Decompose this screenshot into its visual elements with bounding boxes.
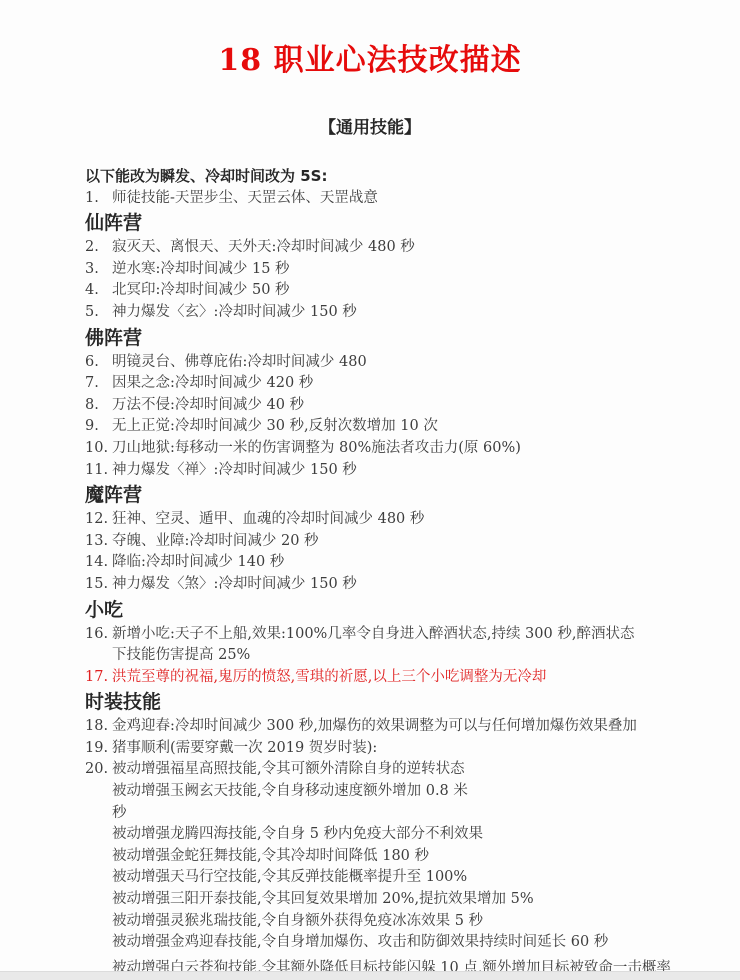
list-item-8: 8.万法不侵:冷却时间减少 40 秒 [85, 395, 690, 417]
list-item-14: 14.降临:冷却时间减少 140 秒 [85, 552, 690, 574]
item-number: 3. [85, 259, 112, 281]
list-item-9: 9.无上正觉:冷却时间减少 30 秒,反射次数增加 10 次 [85, 416, 690, 438]
item-text-line: 猪事顺利(需要穿戴一次 2019 贺岁时装): [112, 738, 690, 760]
item-text: 金鸡迎春:冷却时间减少 300 秒,加爆伤的效果调整为可以与任何增加爆伤效果叠加 [112, 716, 690, 738]
item-number: 13. [85, 531, 112, 553]
item-text: 新增小吃:天子不上船,效果:100%几率令自身进入醉酒状态,持续 300 秒,醉… [112, 624, 690, 667]
item-text: 万法不侵:冷却时间减少 40 秒 [112, 395, 690, 417]
item-number: 5. [85, 302, 112, 324]
item-text-line: 师徒技能-天罡步尘、天罡云体、天罡战意 [112, 188, 690, 210]
item-text-line: 逆水寒:冷却时间减少 15 秒 [112, 259, 690, 281]
item-text-line: 秒 [112, 803, 690, 825]
item-text-line: 洪荒至尊的祝福,鬼厉的愤怒,雪琪的祈愿,以上三个小吃调整为无冷却 [112, 667, 690, 689]
item-text: 北冥印:冷却时间减少 50 秒 [112, 280, 690, 302]
item-number: 8. [85, 395, 112, 417]
item-number: 7. [85, 373, 112, 395]
list-item-12: 12.狂神、空灵、遁甲、血魂的冷却时间减少 480 秒 [85, 509, 690, 531]
list-item-20: 20.被动增强福星高照技能,令其可额外清除自身的逆转状态被动增强玉阙玄天技能,令… [85, 759, 690, 979]
item-number: 17. [85, 667, 112, 689]
section-heading: 时装技能 [85, 689, 690, 715]
item-number: 2. [85, 237, 112, 259]
item-number: 19. [85, 738, 112, 760]
item-text: 寂灭天、离恨天、天外天:冷却时间减少 480 秒 [112, 237, 690, 259]
page-title: 18 职业心法技改描述 [0, 0, 740, 78]
item-text-line: 刀山地狱:每移动一米的伤害调整为 80%施法者攻击力(原 60%) [112, 438, 690, 460]
item-text-line: 寂灭天、离恨天、天外天:冷却时间减少 480 秒 [112, 237, 690, 259]
item-text-line: 北冥印:冷却时间减少 50 秒 [112, 280, 690, 302]
item-number: 14. [85, 552, 112, 574]
item-text-line: 被动增强金鸡迎春技能,令自身增加爆伤、攻击和防御效果持续时间延长 60 秒 [112, 932, 690, 954]
item-number: 1. [85, 188, 112, 210]
item-number: 11. [85, 460, 112, 482]
section-heading: 魔阵营 [85, 482, 690, 508]
item-text-line: 新增小吃:天子不上船,效果:100%几率令自身进入醉酒状态,持续 300 秒,醉… [112, 624, 690, 646]
item-text: 无上正觉:冷却时间减少 30 秒,反射次数增加 10 次 [112, 416, 690, 438]
item-text: 狂神、空灵、遁甲、血魂的冷却时间减少 480 秒 [112, 509, 690, 531]
item-text-line: 万法不侵:冷却时间减少 40 秒 [112, 395, 690, 417]
item-text: 因果之念:冷却时间减少 420 秒 [112, 373, 690, 395]
item-text-line: 狂神、空灵、遁甲、血魂的冷却时间减少 480 秒 [112, 509, 690, 531]
item-text-line: 被动增强龙腾四海技能,令自身 5 秒内免疫大部分不利效果 [112, 824, 690, 846]
item-text-line: 被动增强灵猴兆瑞技能,令自身额外获得免疫冰冻效果 5 秒 [112, 911, 690, 933]
list-item-17: 17.洪荒至尊的祝福,鬼厉的愤怒,雪琪的祈愿,以上三个小吃调整为无冷却 [85, 667, 690, 689]
item-number: 15. [85, 574, 112, 596]
document-content: 以下能改为瞬发、冷却时间改为 5S:1.师徒技能-天罡步尘、天罡云体、天罡战意仙… [85, 166, 690, 979]
item-number: 18. [85, 716, 112, 738]
item-number: 20. [85, 759, 112, 781]
item-text: 神力爆发〈玄〉:冷却时间减少 150 秒 [112, 302, 690, 324]
item-text: 逆水寒:冷却时间减少 15 秒 [112, 259, 690, 281]
list-item-16: 16.新增小吃:天子不上船,效果:100%几率令自身进入醉酒状态,持续 300 … [85, 624, 690, 667]
item-text-line: 因果之念:冷却时间减少 420 秒 [112, 373, 690, 395]
list-intro-line: 以下能改为瞬发、冷却时间改为 5S: [85, 166, 690, 188]
item-text-line: 下技能伤害提高 25% [112, 645, 690, 667]
item-text: 明镜灵台、佛尊庇佑:冷却时间减少 480 [112, 352, 690, 374]
item-text: 刀山地狱:每移动一米的伤害调整为 80%施法者攻击力(原 60%) [112, 438, 690, 460]
item-text-line: 无上正觉:冷却时间减少 30 秒,反射次数增加 10 次 [112, 416, 690, 438]
item-text-line: 降临:冷却时间减少 140 秒 [112, 552, 690, 574]
item-text: 师徒技能-天罡步尘、天罡云体、天罡战意 [112, 188, 690, 210]
item-text-line: 神力爆发〈煞〉:冷却时间减少 150 秒 [112, 574, 690, 596]
item-text: 降临:冷却时间减少 140 秒 [112, 552, 690, 574]
document-page: 18 职业心法技改描述 【通用技能】 以下能改为瞬发、冷却时间改为 5S:1.师… [0, 0, 740, 980]
item-number: 16. [85, 624, 112, 646]
item-number: 10. [85, 438, 112, 460]
item-text-line: 被动增强金蛇狂舞技能,令其冷却时间降低 180 秒 [112, 846, 690, 868]
item-number: 4. [85, 280, 112, 302]
item-text-line: 被动增强三阳开泰技能,令其回复效果增加 20%,提抗效果增加 5% [112, 889, 690, 911]
list-item-19: 19.猪事顺利(需要穿戴一次 2019 贺岁时装): [85, 738, 690, 760]
item-number: 9. [85, 416, 112, 438]
item-text-line: 神力爆发〈禅〉:冷却时间减少 150 秒 [112, 460, 690, 482]
item-text: 神力爆发〈煞〉:冷却时间减少 150 秒 [112, 574, 690, 596]
list-item-5: 5.神力爆发〈玄〉:冷却时间减少 150 秒 [85, 302, 690, 324]
list-item-18: 18.金鸡迎春:冷却时间减少 300 秒,加爆伤的效果调整为可以与任何增加爆伤效… [85, 716, 690, 738]
page-bottom-edge [0, 971, 740, 980]
list-item-11: 11.神力爆发〈禅〉:冷却时间减少 150 秒 [85, 460, 690, 482]
item-text-line: 神力爆发〈玄〉:冷却时间减少 150 秒 [112, 302, 690, 324]
list-item-15: 15.神力爆发〈煞〉:冷却时间减少 150 秒 [85, 574, 690, 596]
section-header-generic-skills: 【通用技能】 [0, 118, 740, 138]
item-text-line: 被动增强福星高照技能,令其可额外清除自身的逆转状态 [112, 759, 690, 781]
section-heading: 小吃 [85, 597, 690, 623]
item-text: 洪荒至尊的祝福,鬼厉的愤怒,雪琪的祈愿,以上三个小吃调整为无冷却 [112, 667, 690, 689]
list-item-13: 13.夺魄、业障:冷却时间减少 20 秒 [85, 531, 690, 553]
list-item-10: 10.刀山地狱:每移动一米的伤害调整为 80%施法者攻击力(原 60%) [85, 438, 690, 460]
list-item-2: 2.寂灭天、离恨天、天外天:冷却时间减少 480 秒 [85, 237, 690, 259]
section-heading: 佛阵营 [85, 325, 690, 351]
section-heading: 仙阵营 [85, 210, 690, 236]
list-item-4: 4.北冥印:冷却时间减少 50 秒 [85, 280, 690, 302]
item-text: 猪事顺利(需要穿戴一次 2019 贺岁时装): [112, 738, 690, 760]
list-item-1: 1.师徒技能-天罡步尘、天罡云体、天罡战意 [85, 188, 690, 210]
item-text-line: 被动增强天马行空技能,令其反弹技能概率提升至 100% [112, 867, 690, 889]
item-number: 6. [85, 352, 112, 374]
item-text-line: 被动增强玉阙玄天技能,令自身移动速度额外增加 0.8 米 [112, 781, 690, 803]
item-number: 12. [85, 509, 112, 531]
item-text: 神力爆发〈禅〉:冷却时间减少 150 秒 [112, 460, 690, 482]
item-text-line: 夺魄、业障:冷却时间减少 20 秒 [112, 531, 690, 553]
list-item-6: 6.明镜灵台、佛尊庇佑:冷却时间减少 480 [85, 352, 690, 374]
item-text-line: 金鸡迎春:冷却时间减少 300 秒,加爆伤的效果调整为可以与任何增加爆伤效果叠加 [112, 716, 690, 738]
list-item-3: 3.逆水寒:冷却时间减少 15 秒 [85, 259, 690, 281]
item-text: 被动增强福星高照技能,令其可额外清除自身的逆转状态被动增强玉阙玄天技能,令自身移… [112, 759, 690, 979]
item-text: 夺魄、业障:冷却时间减少 20 秒 [112, 531, 690, 553]
item-text-line: 明镜灵台、佛尊庇佑:冷却时间减少 480 [112, 352, 690, 374]
list-item-7: 7.因果之念:冷却时间减少 420 秒 [85, 373, 690, 395]
